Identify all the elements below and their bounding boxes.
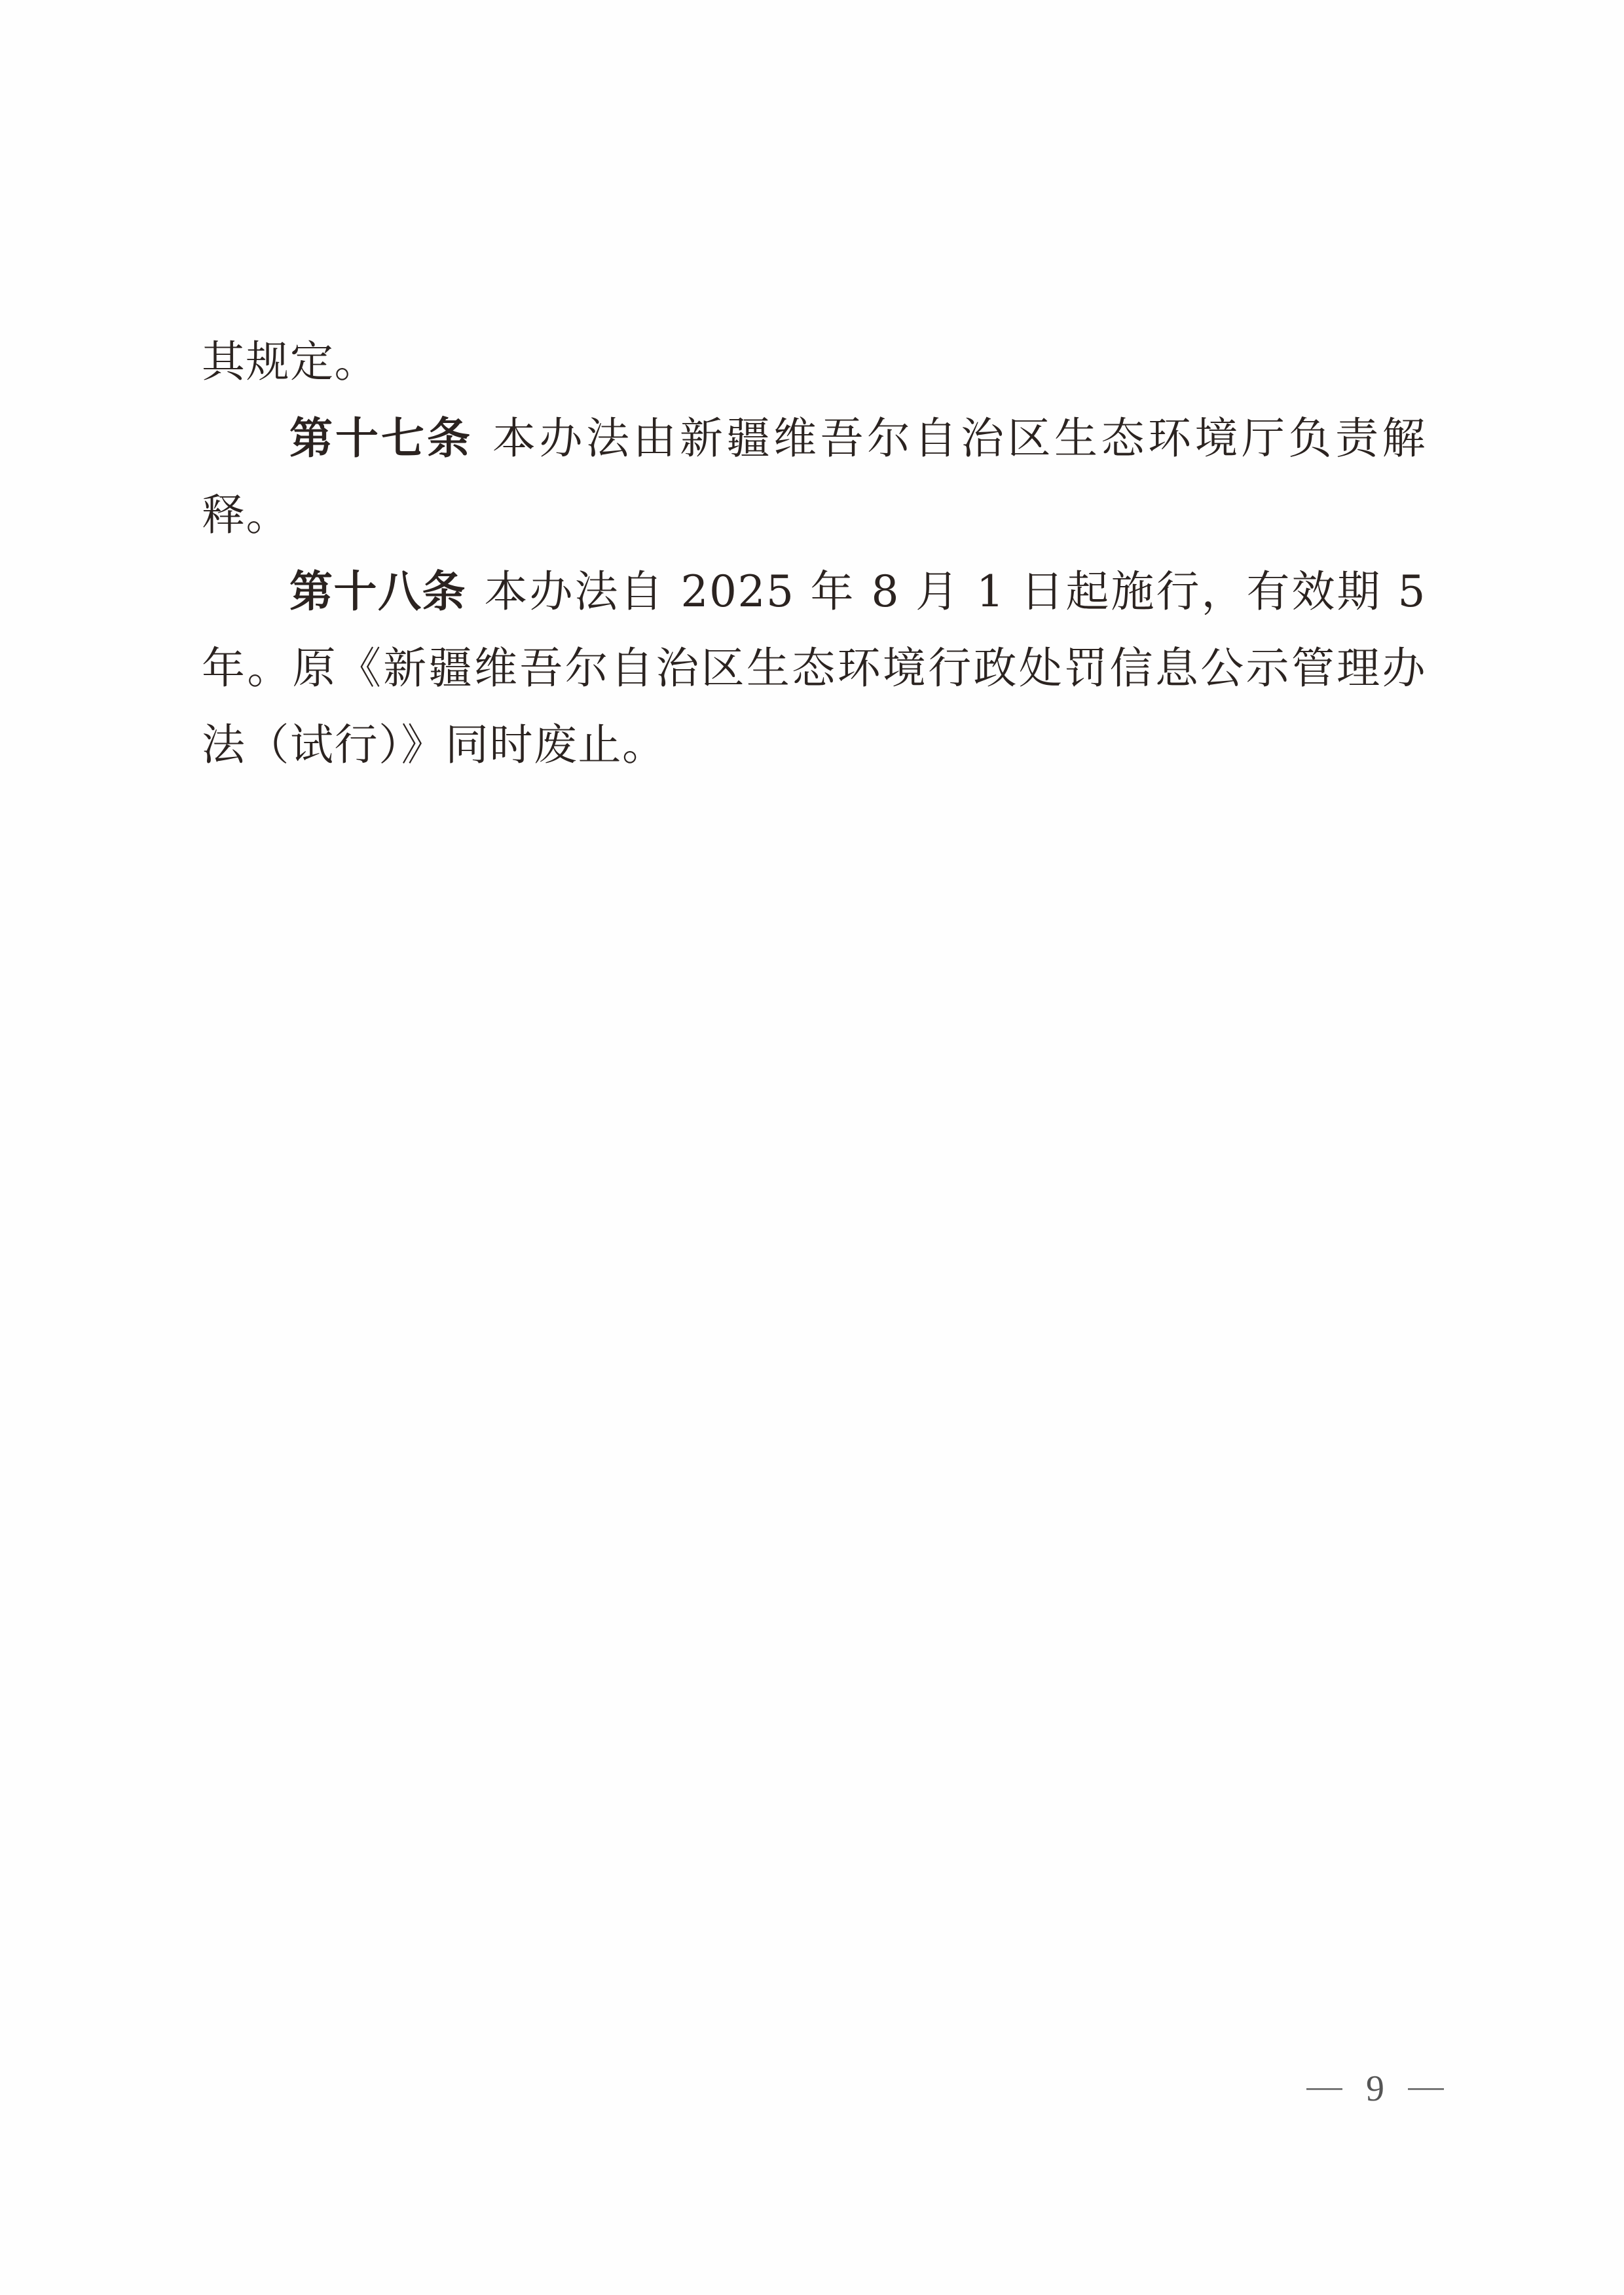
document-page: 其规定。 第十七条本办法由新疆维吾尔自治区生态环境厅负责解释。 第十八条本办法自…: [0, 0, 1624, 2295]
paragraph-article-18: 第十八条本办法自 2025 年 8 月 1 日起施行，有效期 5 年。原《新疆维…: [202, 553, 1426, 783]
article-number: 第十七条: [289, 413, 473, 464]
paragraph-text: 其规定。: [202, 337, 378, 387]
dash-left-icon: [1306, 2088, 1342, 2090]
article-number: 第十八条: [289, 566, 466, 617]
dash-right-icon: [1408, 2088, 1444, 2090]
document-body: 其规定。 第十七条本办法由新疆维吾尔自治区生态环境厅负责解释。 第十八条本办法自…: [202, 323, 1426, 783]
page-number-value: 9: [1366, 2068, 1384, 2110]
paragraph-continuation: 其规定。: [202, 323, 1426, 400]
page-number: 9: [1300, 2069, 1450, 2108]
paragraph-article-17: 第十七条本办法由新疆维吾尔自治区生态环境厅负责解释。: [202, 400, 1426, 553]
